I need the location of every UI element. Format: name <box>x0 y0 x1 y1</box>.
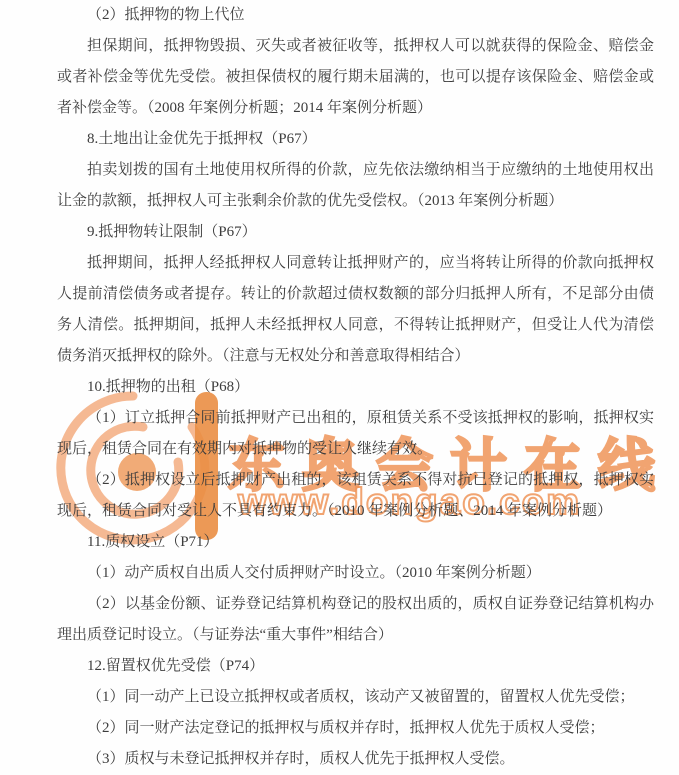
paragraph-16: （3）质权与未登记抵押权并存时，质权人优先于抵押权人受偿。 <box>57 744 654 775</box>
paragraph-3: 8.土地出让金优先于抵押权（P67） <box>57 124 654 155</box>
paragraph-1: （2）抵押物的物上代位 <box>57 0 654 31</box>
paragraph-10: 11.质权设立（P71） <box>57 527 654 558</box>
paragraph-5: 9.抵押物转让限制（P67） <box>57 217 654 248</box>
paragraph-14: （1）同一动产上已设立抵押权或者质权，该动产又被留置的，留置权人优先受偿； <box>57 682 654 713</box>
paragraph-2: 担保期间，抵押物毁损、灭失或者被征收等，抵押权人可以就获得的保险金、赔偿金或者补… <box>57 31 654 124</box>
paragraph-7: 10.抵押物的出租（P68） <box>57 372 654 403</box>
paragraph-6: 抵押期间，抵押人经抵押权人同意转让抵押财产的，应当将转让所得的价款向抵押权人提前… <box>57 248 654 372</box>
paragraph-11: （1）动产质权自出质人交付质押财产时设立。（2010 年案例分析题） <box>57 558 654 589</box>
paragraph-15: （2）同一财产法定登记的抵押权与质权并存时，抵押权人优先于质权人受偿； <box>57 713 654 744</box>
paragraph-12: （2）以基金份额、证券登记结算机构登记的股权出质的，质权自证券登记结算机构办理出… <box>57 589 654 651</box>
paragraph-8: （1）订立抵押合同前抵押财产已出租的，原租赁关系不受该抵押权的影响，抵押权实现后… <box>57 403 654 465</box>
document-page: 东奥会计在线 www.dongao.com （2）抵押物的物上代位担保期间，抵押… <box>0 0 679 775</box>
paragraph-4: 拍卖划拨的国有土地使用权所得的价款，应先依法缴纳相当于应缴纳的土地使用权出让金的… <box>57 155 654 217</box>
paragraph-9: （2）抵押权设立后抵押财产出租的，该租赁关系不得对抗已登记的抵押权，抵押权实现后… <box>57 465 654 527</box>
paragraph-13: 12.留置权优先受偿（P74） <box>57 651 654 682</box>
document-text-block: （2）抵押物的物上代位担保期间，抵押物毁损、灭失或者被征收等，抵押权人可以就获得… <box>57 0 654 775</box>
